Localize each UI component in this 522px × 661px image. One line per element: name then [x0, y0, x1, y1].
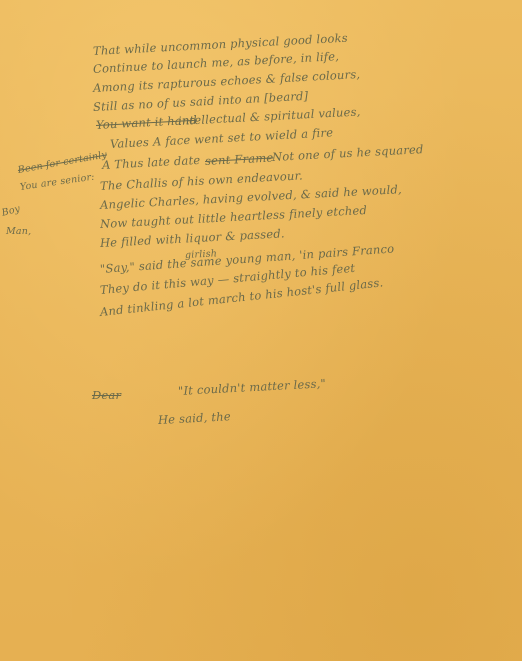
manuscript-page: That while uncommon physical good looks … [0, 0, 522, 661]
lower-struck-word: Dear [92, 388, 121, 402]
margin-note-1: You are senior: [19, 172, 95, 193]
lower-line-2: He said, the [158, 409, 231, 427]
manuscript-line-7b: Not one of us he squared [272, 142, 424, 164]
margin-note-3: Man, [6, 226, 31, 237]
struck-phrase-2: sent Frame [205, 150, 274, 168]
manuscript-line-11: He filled with liquor & passed. [100, 226, 285, 250]
margin-note-2: Boy [1, 203, 22, 218]
manuscript-line-7a: A Thus late date [102, 153, 201, 172]
lower-line-1: "It couldn't matter less," [178, 376, 327, 398]
margin-struck-note: Been for certainly [17, 149, 108, 176]
